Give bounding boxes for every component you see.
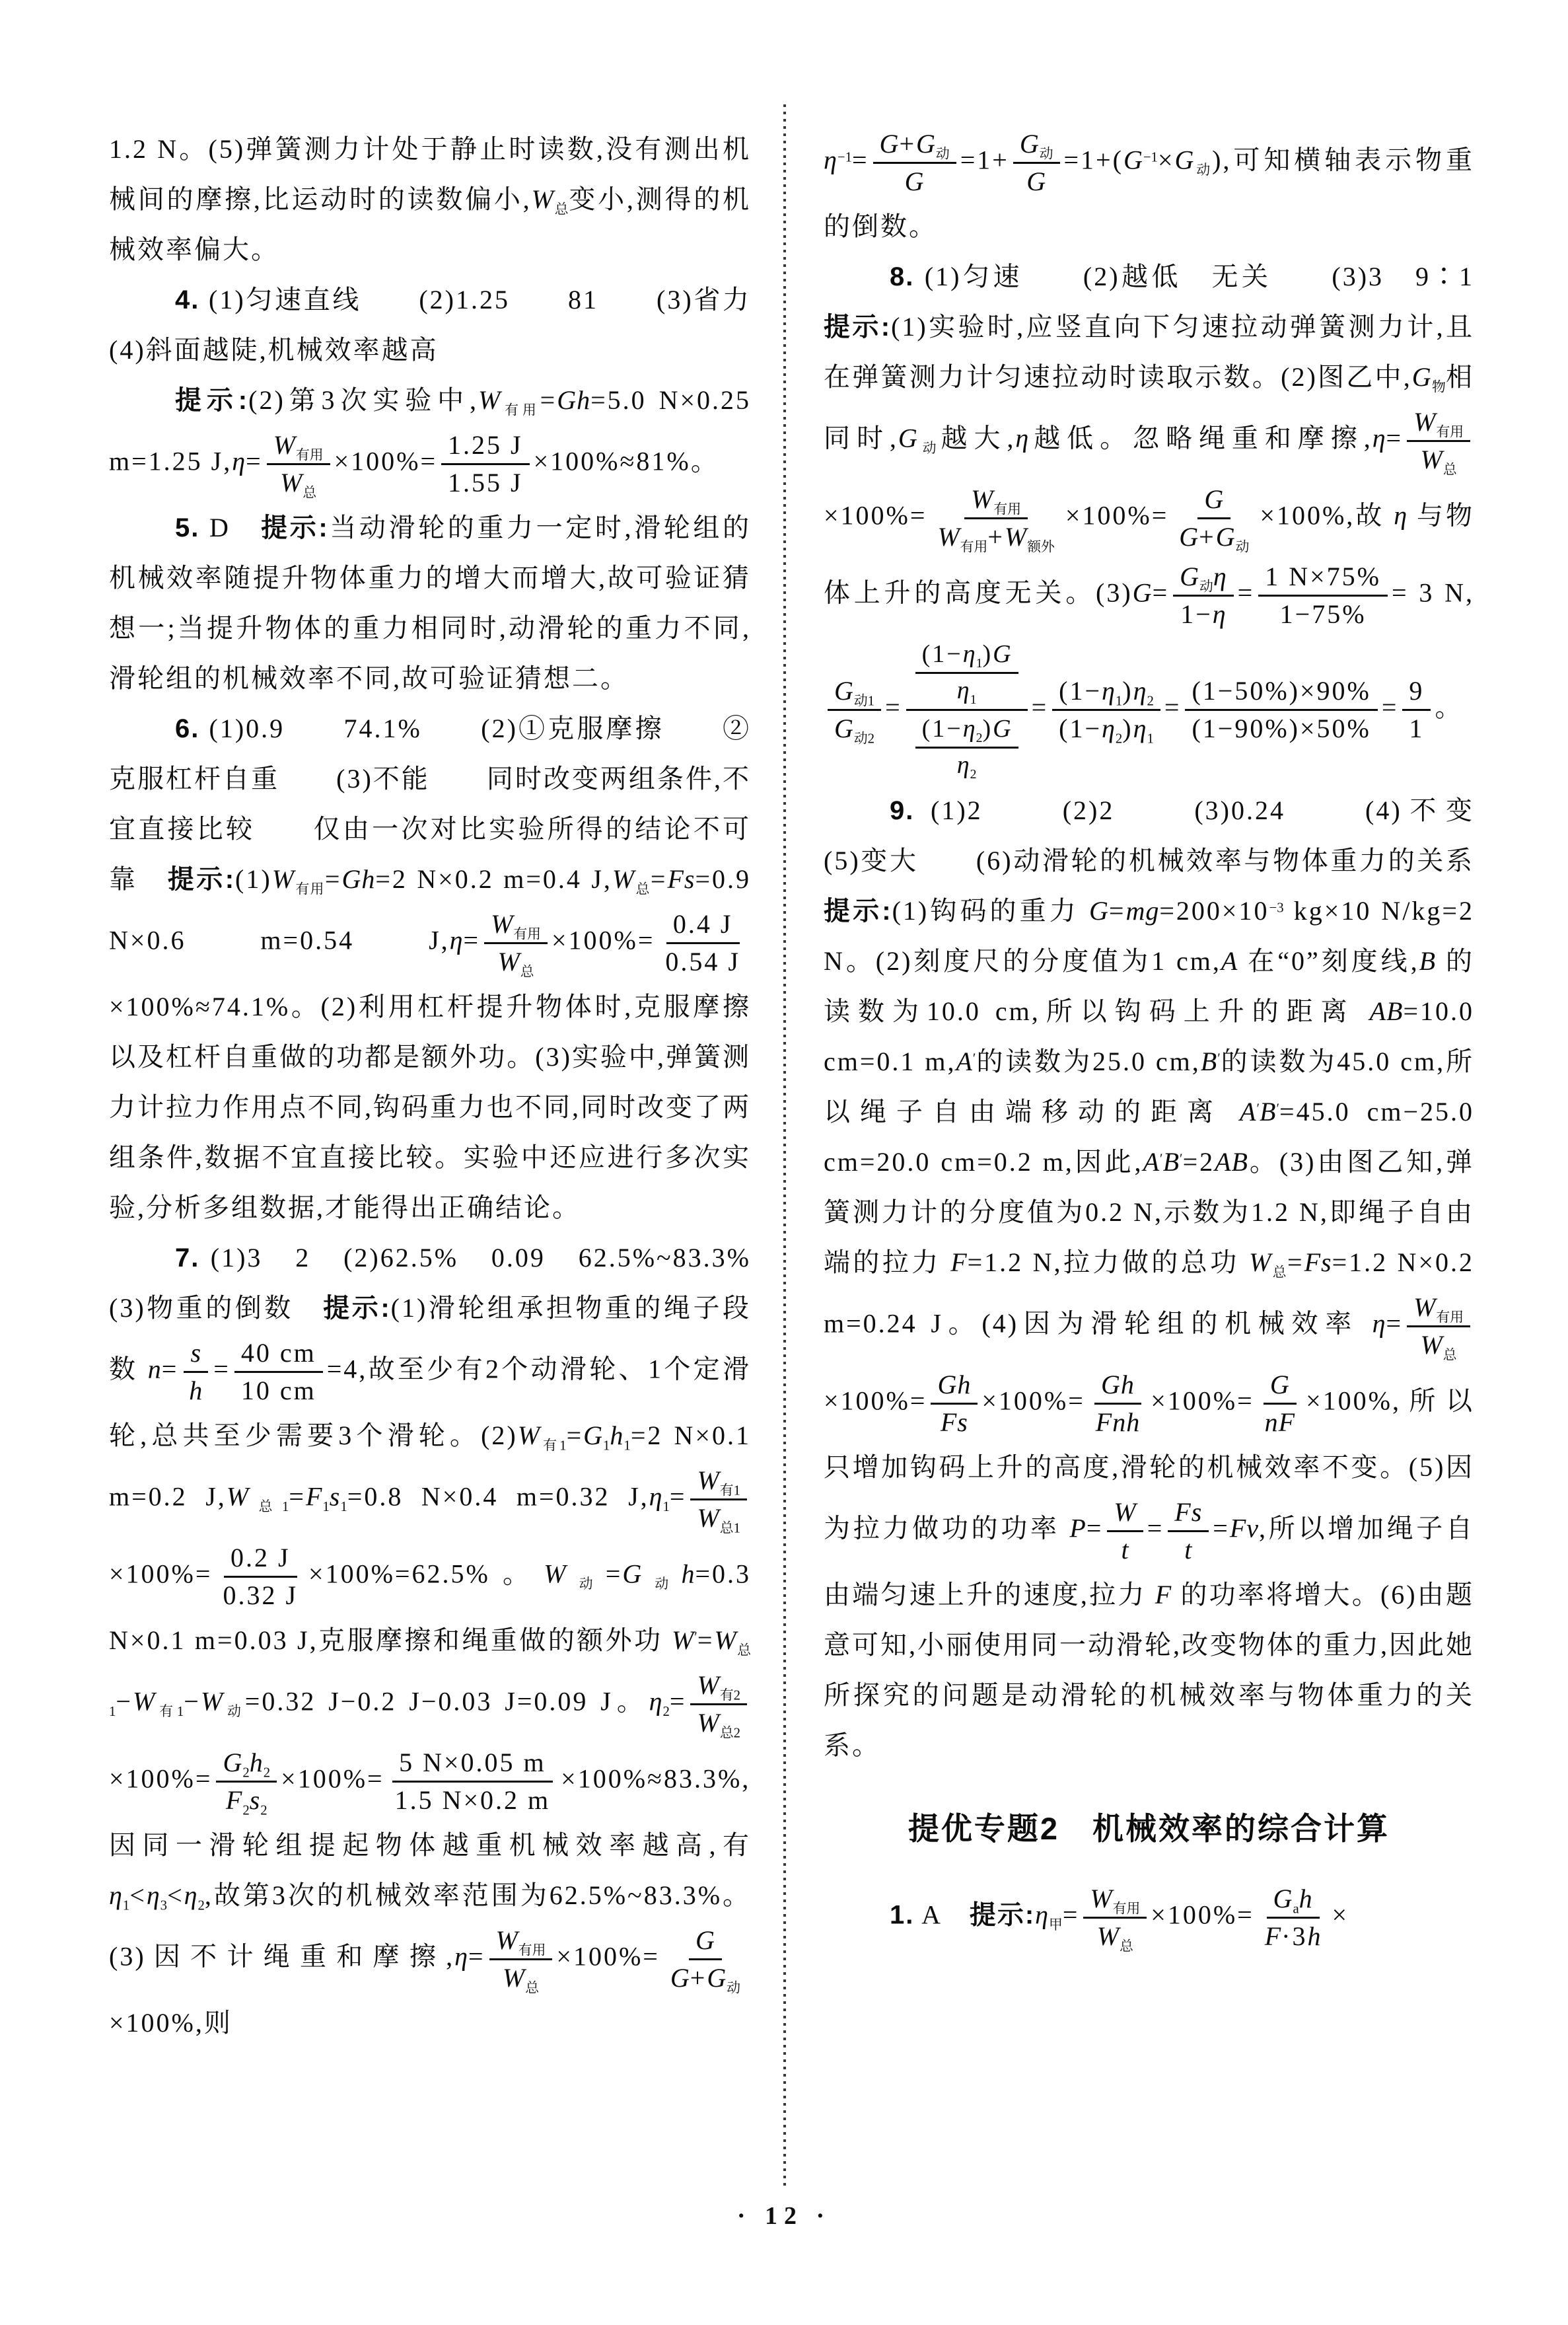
fraction: W有用W总 [267,429,330,499]
fraction: GG+G动 [1172,484,1256,553]
section-heading: 提优专题2 机械效率的综合计算 [824,1809,1474,1849]
fraction: W有用W总 [484,908,548,978]
hint-4: 提示:(2)第3次实验中,W有用=Gh=5.0 N×0.25 m=1.25 J,… [109,375,751,503]
answer-7-continuation: η−1=G+G动G=1+G动G=1+(G−1×G动),可知横轴表示物重的倒数。 [824,124,1474,252]
fraction: 1 N×75%1−75% [1258,561,1388,630]
answer-6: 6. (1)0.9 74.1% (2)①克服摩擦 ②克服杠杆自重 (3)不能 同… [109,704,751,1233]
section2-answer-1: 1. A 提示:η甲=W有用W总×100%=GahF·3h× [824,1879,1474,1956]
fraction: (1−50%)×90%(1−90%)×50% [1185,675,1377,745]
fraction: GG+G动 [664,1925,747,1994]
fraction: G2h2F2s2 [216,1747,277,1816]
answer-3-continuation: 1.2 N。(5)弹簧测力计处于静止时读数,没有测出机械间的摩擦,比运动时的读数… [109,124,751,275]
right-column-bottom: 1. A 提示:η甲=W有用W总×100%=GahF·3h× [824,1879,1474,1956]
fraction: 0.2 J0.32 J [216,1542,304,1611]
fraction: (1−η1)η2(1−η2)η1 [1052,675,1160,745]
answer-9: 9. (1)2 (2)2 (3)0.24 (4)不变 (5)变大 (6)动滑轮的… [824,786,1474,1771]
fraction: G动η1−η [1173,561,1234,630]
page-number: · 12 · [0,2201,1568,2231]
answer-8: 8. (1)匀速 (2)越低 无关 (3)3 9∶1 提示:(1)实验时,应竖直… [824,252,1474,786]
fraction: sh [182,1337,209,1407]
fraction: (1−η2)Gη2 [915,714,1018,780]
fraction: GhFnh [1089,1369,1147,1438]
fraction: W有用W总 [1083,1883,1147,1952]
fraction: W有用W总 [489,1925,553,1994]
fraction: (1−η1)Gη1 [915,640,1018,706]
fraction: GahF·3h [1258,1883,1328,1952]
column-divider [783,104,786,2189]
fraction: W有用W有用+W额外 [931,484,1061,553]
page: 1.2 N。(5)弹簧测力计处于静止时读数,没有测出机械间的摩擦,比运动时的读数… [0,0,1568,2325]
answer-5: 5. D 提示:当动滑轮的重力一定时,滑轮组的机械效率随提升物体重力的增大而增大… [109,503,751,704]
fraction: W有用W总 [1407,406,1470,476]
fraction: 40 cm10 cm [234,1337,323,1407]
fraction: W有用W总 [1407,1292,1470,1361]
left-column: 1.2 N。(5)弹簧测力计处于静止时读数,没有测出机械间的摩擦,比运动时的读数… [109,124,751,2048]
fraction: Fst [1168,1496,1209,1566]
fraction: G动G [1013,128,1060,198]
fraction: (1−η1)Gη1(1−η2)Gη2 [906,638,1028,782]
fraction: GnF [1258,1369,1302,1438]
right-column-top: η−1=G+G动G=1+G动G=1+(G−1×G动),可知横轴表示物重的倒数。8… [824,124,1474,1771]
fraction: G+G动G [873,128,956,198]
fraction: W有2W总2 [690,1670,747,1739]
fraction: 1.25 J1.55 J [441,429,530,499]
fraction: G动1G动2 [828,675,881,745]
fraction: 5 N×0.05 m1.5 N×0.2 m [388,1747,557,1816]
fraction: 0.4 J0.54 J [659,908,747,978]
fraction: Wt [1107,1496,1143,1566]
answer-7: 7. (1)3 2 (2)62.5% 0.09 62.5%~83.3% (3)物… [109,1233,751,2048]
fraction: 91 [1402,675,1431,745]
right-column: η−1=G+G动G=1+G动G=1+(G−1×G动),可知横轴表示物重的倒数。8… [824,124,1474,1956]
answer-4: 4. (1)匀速直线 (2)1.25 81 (3)省力 (4)斜面越陡,机械效率… [109,275,751,375]
fraction: W有1W总1 [690,1465,747,1534]
fraction: GhFs [931,1369,978,1438]
